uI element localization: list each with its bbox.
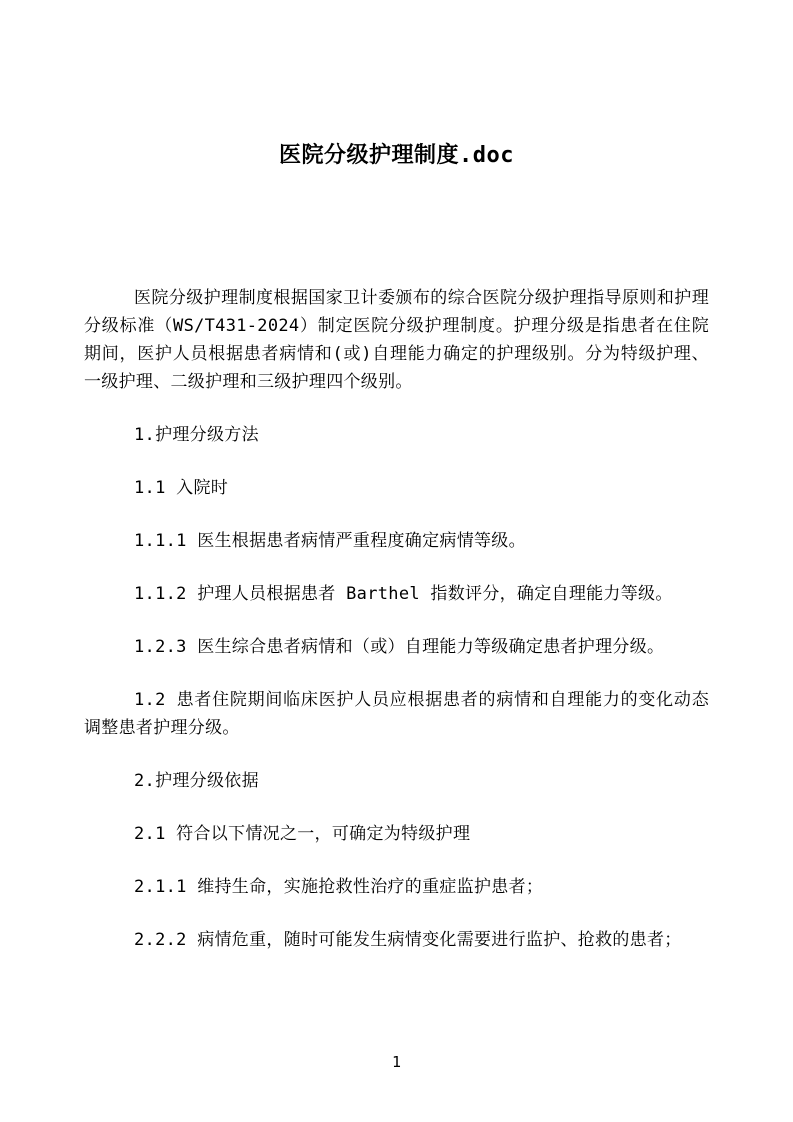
numbered-item-2-2-2: 2.2.2 病情危重，随时可能发生病情变化需要进行监护、抢救的患者； — [84, 926, 709, 954]
numbered-item-1-1-2: 1.1.2 护理人员根据患者 Barthel 指数评分，确定自理能力等级。 — [84, 580, 709, 608]
numbered-item-1-2-3: 1.2.3 医生综合患者病情和（或）自理能力等级确定患者护理分级。 — [84, 633, 709, 661]
numbered-item-1-1-1: 1.1.1 医生根据患者病情严重程度确定病情等级。 — [84, 527, 709, 555]
numbered-item-2-1-1: 2.1.1 维持生命，实施抢救性治疗的重症监护患者； — [84, 873, 709, 901]
document-body: 医院分级护理制度根据国家卫计委颁布的综合医院分级护理指导原则和护理分级标准（WS… — [84, 284, 709, 954]
sub-heading-2-1: 2.1 符合以下情况之一，可确定为特级护理 — [84, 820, 709, 848]
intro-paragraph: 医院分级护理制度根据国家卫计委颁布的综合医院分级护理指导原则和护理分级标准（WS… — [84, 284, 709, 396]
body-paragraph-1-2: 1.2 患者住院期间临床医护人员应根据患者的病情和自理能力的变化动态调整患者护理… — [84, 686, 709, 742]
section-heading-2: 2.护理分级依据 — [84, 767, 709, 795]
document-title: 医院分级护理制度.doc — [0, 141, 793, 171]
sub-heading-1-1: 1.1 入院时 — [84, 474, 709, 502]
section-heading-1: 1.护理分级方法 — [84, 421, 709, 449]
document-page: 医院分级护理制度.doc 医院分级护理制度根据国家卫计委颁布的综合医院分级护理指… — [0, 0, 793, 1122]
page-footer: 1 — [0, 1048, 793, 1076]
page-number: 1 — [392, 1053, 401, 1071]
